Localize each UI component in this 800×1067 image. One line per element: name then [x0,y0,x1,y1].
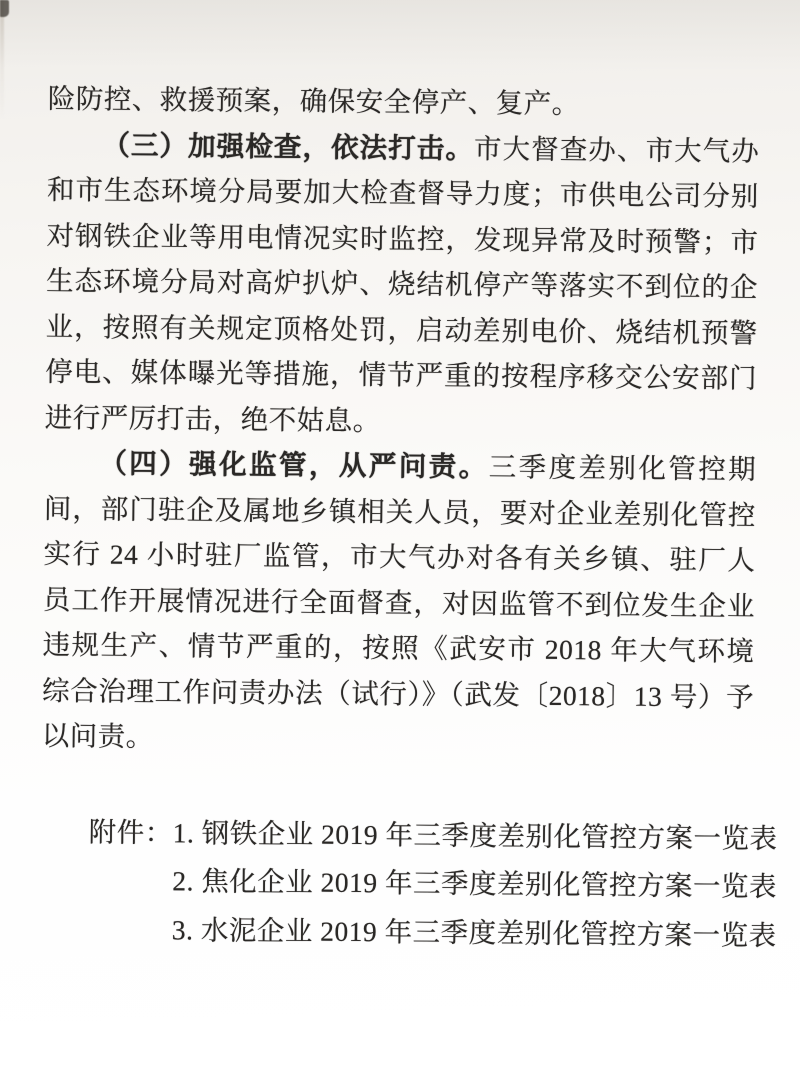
scan-top-shading [0,0,800,70]
paragraph-section-three: （三）加强检查，依法打击。市大督查办、市大气办和市生态环境分局要加大检查督导力度… [45,121,760,446]
attachments-label: 附件： [89,809,173,855]
attachments-list: 1. 钢铁企业 2019 年三季度差别化管控方案一览表 2. 焦化企业 2019… [172,810,778,959]
paragraph-section-four: （四）强化监管，从严问责。三季度差别化管控期间，部门驻企及属地乡镇相关人员，要对… [41,440,756,765]
section-three-body: 市大督查办、市大气办和市生态环境分局要加大检查督导力度；市供电公司分别对钢铁企业… [45,133,760,436]
section-four-heading: （四）强化监管，从严问责。 [99,448,489,483]
continuation-paragraph: 险防控、救援预案，确保安全停产、复产。 [48,76,760,128]
section-four-body: 三季度差别化管控期间，部门驻企及属地乡镇相关人员，要对企业差别化管控实行 24 … [42,451,757,752]
scan-corner-artifact [0,0,9,17]
scan-left-edge-artifact [0,0,4,120]
attachment-item-3: 3. 水泥企业 2019 年三季度差别化管控方案一览表 [172,907,777,959]
section-three-heading: （三）加强检查，依法打击。 [102,129,474,164]
attachments-block: 附件： 1. 钢铁企业 2019 年三季度差别化管控方案一览表 2. 焦化企业 … [88,809,753,959]
attachment-item-2: 2. 焦化企业 2019 年三季度差别化管控方案一览表 [172,858,777,910]
document-body: 险防控、救援预案，确保安全停产、复产。 （三）加强检查，依法打击。市大督查办、市… [40,76,760,959]
scanned-document-page: 险防控、救援预案，确保安全停产、复产。 （三）加强检查，依法打击。市大督查办、市… [0,0,800,1067]
attachment-item-1: 1. 钢铁企业 2019 年三季度差别化管控方案一览表 [173,810,778,862]
